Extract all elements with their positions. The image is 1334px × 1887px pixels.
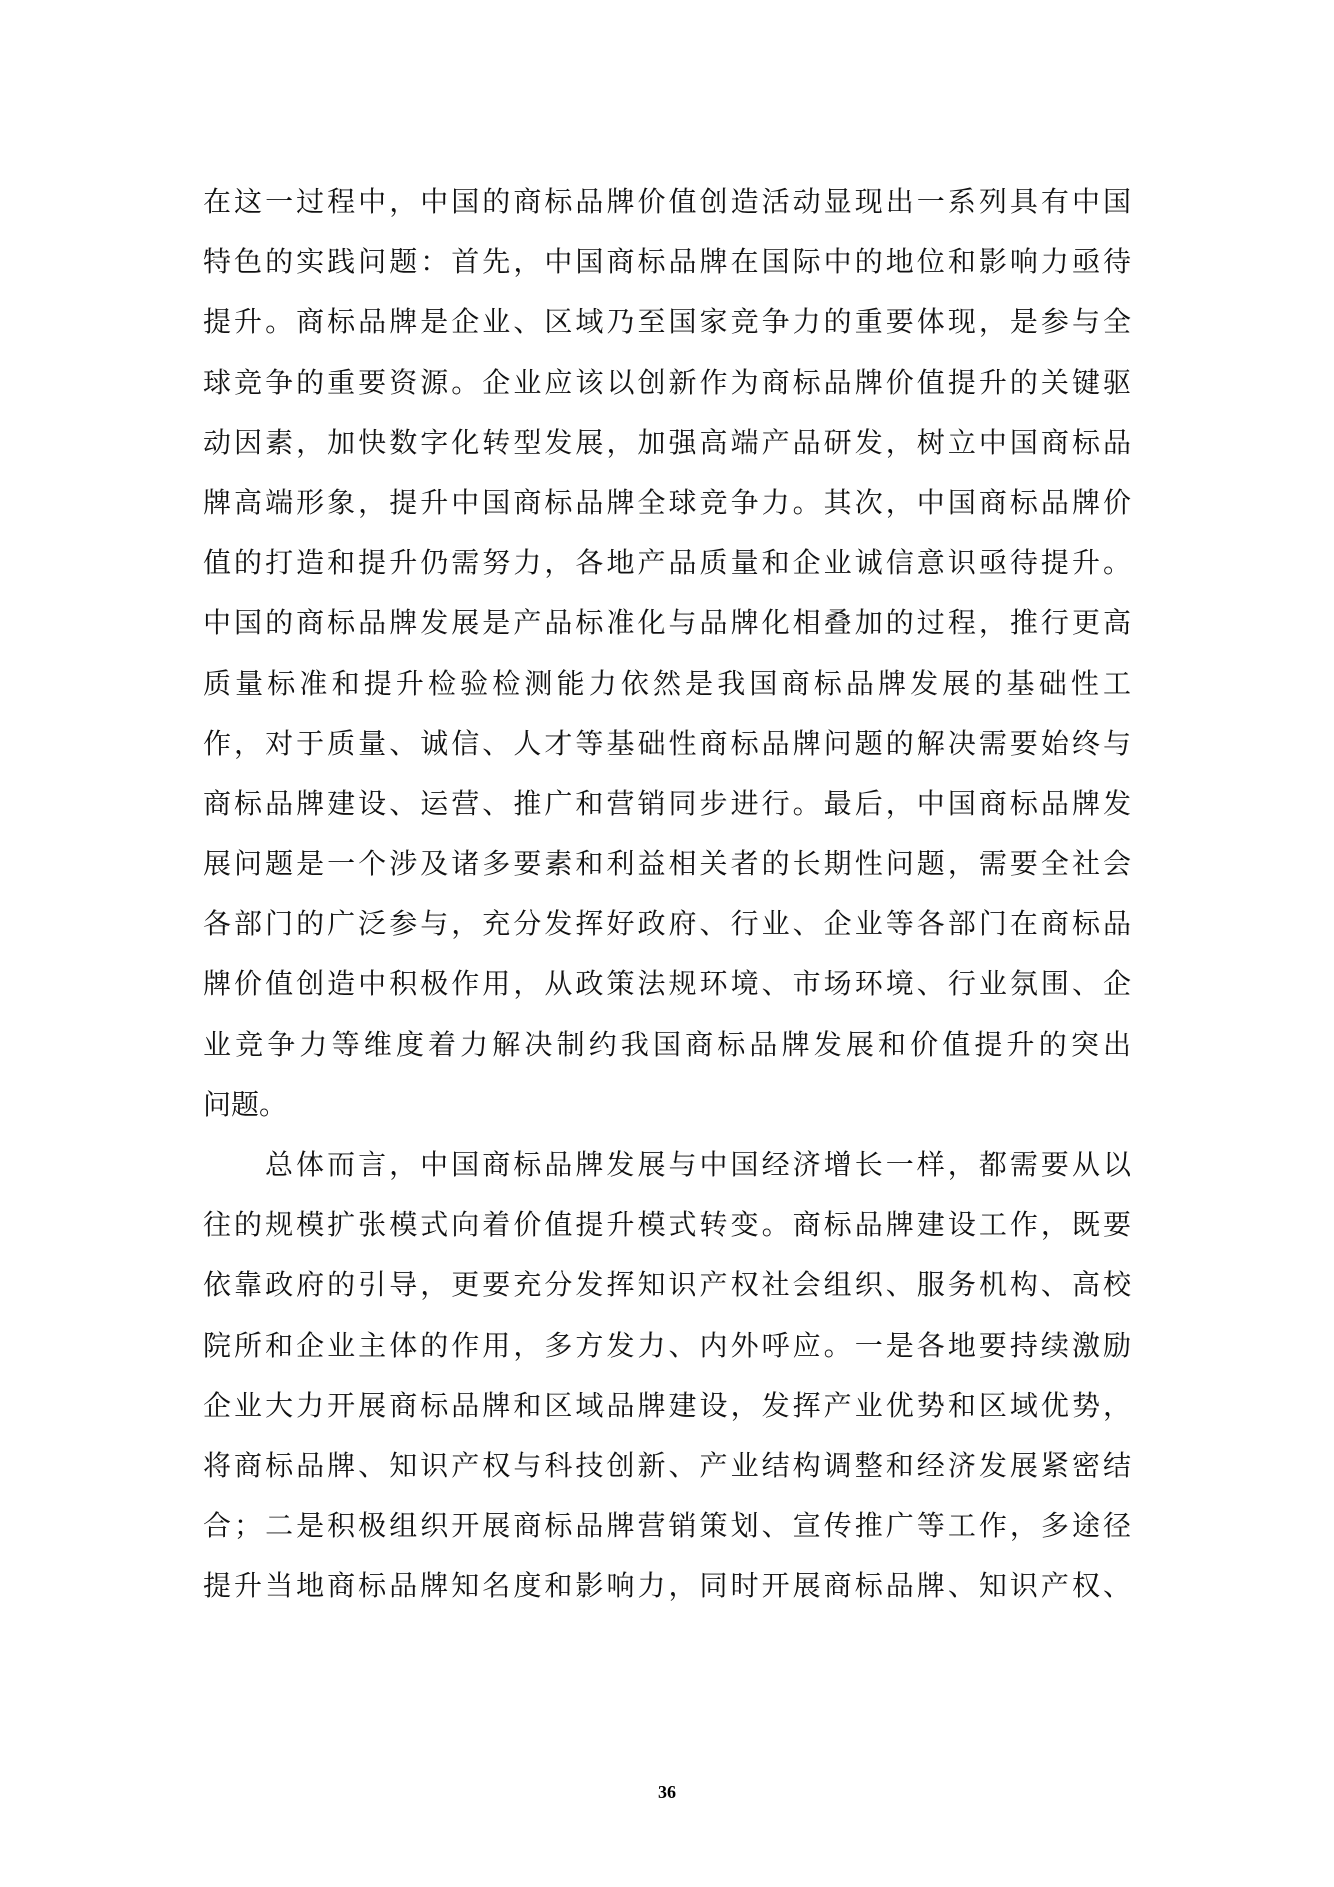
text-line: 合；二是积极组织开展商标品牌营销策划、宣传推广等工作，多途径 <box>203 1496 1131 1556</box>
text-line: 提升。商标品牌是企业、区域乃至国家竞争力的重要体现，是参与全 <box>203 292 1131 352</box>
document-page: 在这一过程中，中国的商标品牌价值创造活动显现出一系列具有中国 特色的实践问题：首… <box>0 0 1334 1887</box>
text-line: 依靠政府的引导，更要充分发挥知识产权社会组织、服务机构、高校 <box>203 1255 1131 1315</box>
text-line: 牌高端形象，提升中国商标品牌全球竞争力。其次，中国商标品牌价 <box>203 473 1131 533</box>
text-line: 总体而言，中国商标品牌发展与中国经济增长一样，都需要从以 <box>203 1135 1131 1195</box>
text-line: 中国的商标品牌发展是产品标准化与品牌化相叠加的过程，推行更高 <box>203 593 1131 653</box>
text-line: 将商标品牌、知识产权与科技创新、产业结构调整和经济发展紧密结 <box>203 1436 1131 1496</box>
text-line: 特色的实践问题：首先，中国商标品牌在国际中的地位和影响力亟待 <box>203 232 1131 292</box>
text-line: 动因素，加快数字化转型发展，加强高端产品研发，树立中国商标品 <box>203 413 1131 473</box>
text-line: 往的规模扩张模式向着价值提升模式转变。商标品牌建设工作，既要 <box>203 1195 1131 1255</box>
text-line: 在这一过程中，中国的商标品牌价值创造活动显现出一系列具有中国 <box>203 172 1131 232</box>
paragraph-1: 在这一过程中，中国的商标品牌价值创造活动显现出一系列具有中国 特色的实践问题：首… <box>203 172 1131 1135</box>
text-line: 值的打造和提升仍需努力，各地产品质量和企业诚信意识亟待提升。 <box>203 533 1131 593</box>
body-text: 在这一过程中，中国的商标品牌价值创造活动显现出一系列具有中国 特色的实践问题：首… <box>203 172 1131 1617</box>
text-line: 商标品牌建设、运营、推广和营销同步进行。最后，中国商标品牌发 <box>203 774 1131 834</box>
text-line: 球竞争的重要资源。企业应该以创新作为商标品牌价值提升的关键驱 <box>203 353 1131 413</box>
text-line: 业竞争力等维度着力解决制约我国商标品牌发展和价值提升的突出 <box>203 1015 1131 1075</box>
page-number: 36 <box>0 1782 1334 1803</box>
text-line: 质量标准和提升检验检测能力依然是我国商标品牌发展的基础性工 <box>203 654 1131 714</box>
text-line: 企业大力开展商标品牌和区域品牌建设，发挥产业优势和区域优势， <box>203 1376 1131 1436</box>
text-line: 提升当地商标品牌知名度和影响力，同时开展商标品牌、知识产权、 <box>203 1556 1131 1616</box>
paragraph-2: 总体而言，中国商标品牌发展与中国经济增长一样，都需要从以 往的规模扩张模式向着价… <box>203 1135 1131 1617</box>
text-line: 作，对于质量、诚信、人才等基础性商标品牌问题的解决需要始终与 <box>203 714 1131 774</box>
text-line: 牌价值创造中积极作用，从政策法规环境、市场环境、行业氛围、企 <box>203 954 1131 1014</box>
text-line: 院所和企业主体的作用，多方发力、内外呼应。一是各地要持续激励 <box>203 1316 1131 1376</box>
text-line: 问题。 <box>203 1075 1131 1135</box>
text-line: 各部门的广泛参与，充分发挥好政府、行业、企业等各部门在商标品 <box>203 894 1131 954</box>
text-line: 展问题是一个涉及诸多要素和利益相关者的长期性问题，需要全社会 <box>203 834 1131 894</box>
